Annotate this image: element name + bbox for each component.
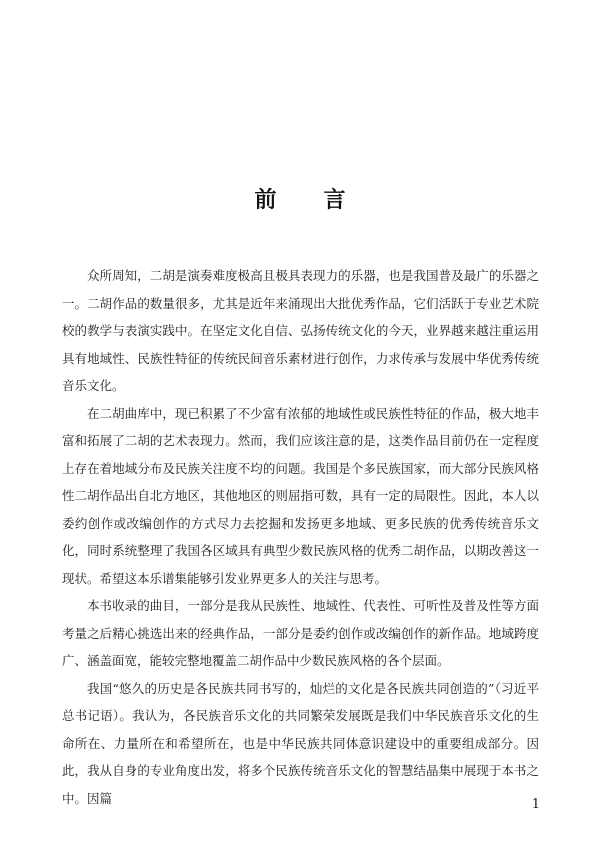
document-page: 前 言 众所周知，二胡是演奏难度极高且极具表现力的乐器，也是我国普及最广的乐器之… — [0, 0, 600, 848]
preface-body: 众所周知，二胡是演奏难度极高且极具表现力的乐器，也是我国普及最广的乐器之一。二胡… — [62, 262, 539, 812]
paragraph-3: 本书收录的曲目，一部分是我从民族性、地域性、代表性、可听性及普及性等方面考量之后… — [62, 592, 539, 675]
page-title-char-left: 前 — [254, 187, 276, 213]
paragraph-4: 我国“悠久的历史是各民族共同书写的，灿烂的文化是各民族共同创造的”（习近平总书记… — [62, 675, 539, 813]
page-title: 前 言 — [0, 187, 600, 213]
paragraph-1: 众所周知，二胡是演奏难度极高且极具表现力的乐器，也是我国普及最广的乐器之一。二胡… — [62, 262, 539, 400]
paragraph-2: 在二胡曲库中，现已积累了不少富有浓郁的地域性或民族性特征的作品，极大地丰富和拓展… — [62, 400, 539, 593]
page-number: 1 — [532, 798, 540, 811]
page-title-char-right: 言 — [324, 187, 346, 213]
